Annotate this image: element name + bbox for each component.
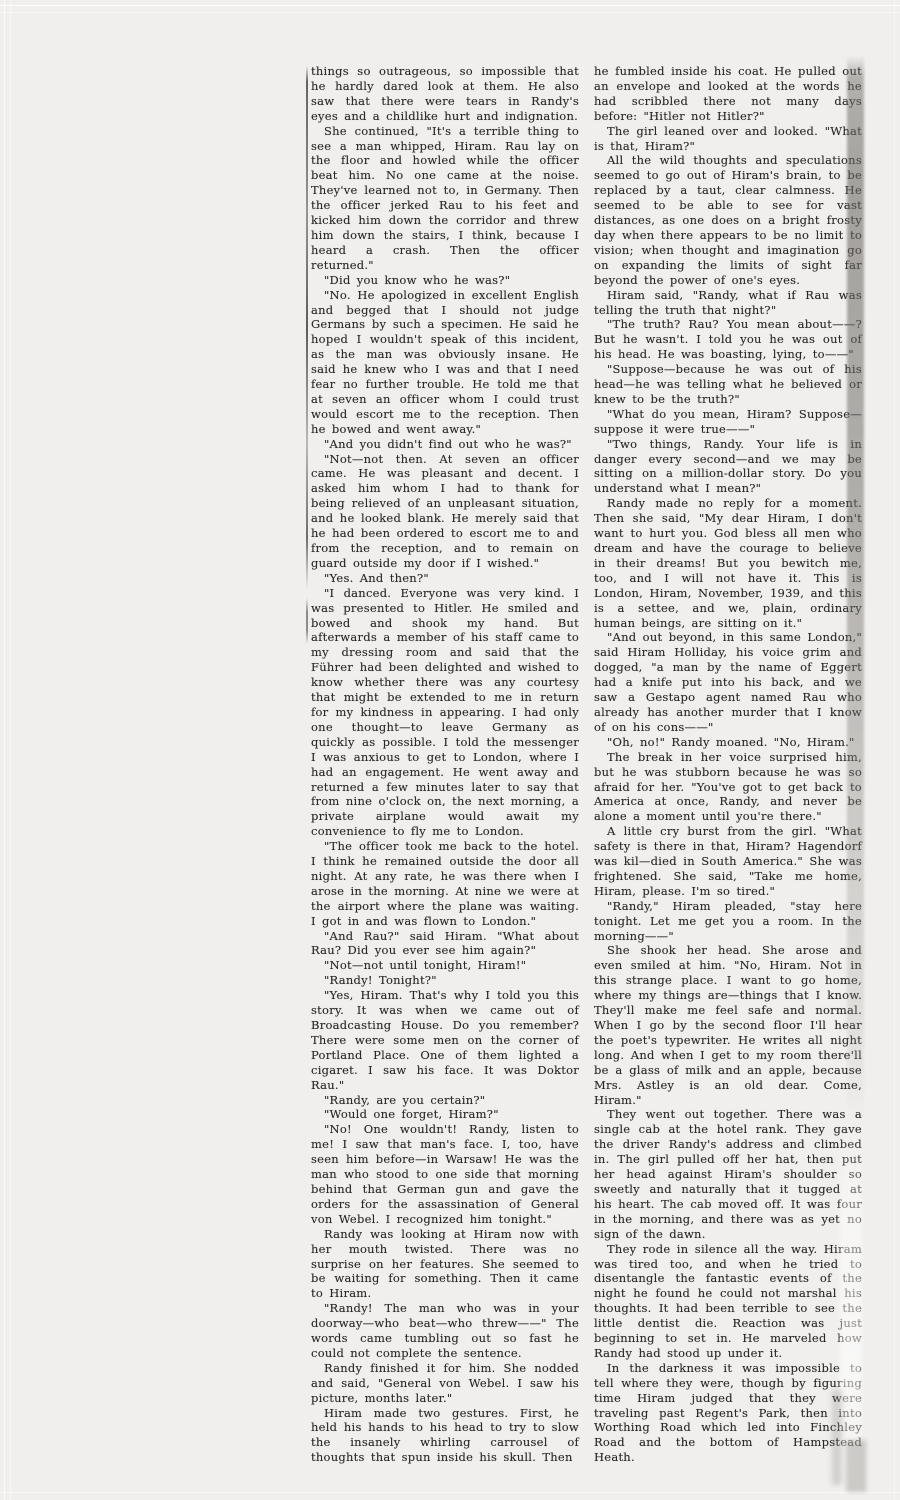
paragraph: She continued, "It's a terrible thing to… (311, 124, 579, 273)
scan-seam-left-2 (10, 0, 11, 1500)
paragraph: "Yes. And then?" (311, 571, 579, 586)
paragraph: he fumbled inside his coat. He pulled ou… (594, 64, 862, 124)
paragraph: The girl leaned over and looked. "What i… (594, 124, 862, 154)
paragraph: "No! One wouldn't! Randy, listen to me! … (311, 1122, 579, 1226)
paragraph: "What do you mean, Hiram? Suppose—suppos… (594, 407, 862, 437)
text-column-right: he fumbled inside his coat. He pulled ou… (594, 64, 862, 1465)
paragraph: things so outrageous, so impossible that… (311, 64, 579, 124)
paragraph: "I danced. Everyone was very kind. I was… (311, 586, 579, 839)
paragraph: Randy made no reply for a moment. Then s… (594, 496, 862, 630)
paragraph: "No. He apologized in excellent English … (311, 288, 579, 437)
paragraph: The break in her voice surprised him, bu… (594, 750, 862, 825)
paragraph: They rode in silence all the way. Hiram … (594, 1242, 862, 1361)
paragraph: "Randy," Hiram pleaded, "stay here tonig… (594, 899, 862, 944)
paragraph: "Randy, are you certain?" (311, 1093, 579, 1108)
scan-fold-shade (832, 1390, 842, 1485)
paragraph: "Not—not until tonight, Hiram!" (311, 958, 579, 973)
scan-crease-line (306, 66, 308, 590)
paragraph: "Would one forget, Hiram?" (311, 1107, 579, 1122)
scan-seam-left (4, 0, 5, 1500)
paragraph: "And out beyond, in this same London," s… (594, 630, 862, 734)
paragraph: "Yes, Hiram. That's why I told you this … (311, 988, 579, 1092)
scan-seam-right (894, 0, 895, 1500)
paragraph: "Did you know who he was?" (311, 273, 579, 288)
paragraph: Randy finished it for him. She nodded an… (311, 1361, 579, 1406)
paragraph: All the wild thoughts and speculations s… (594, 153, 862, 287)
paragraph: "Randy! The man who was in your doorway—… (311, 1301, 579, 1361)
paragraph: "The officer took me back to the hotel. … (311, 839, 579, 928)
scan-shadow-band (847, 56, 864, 1116)
scan-corner-smudge (846, 1440, 866, 1492)
paragraph: A little cry burst from the girl. "What … (594, 824, 862, 899)
paragraph: "The truth? Rau? You mean about——? But h… (594, 317, 862, 362)
scan-crease-dash (306, 598, 308, 644)
paragraph: "Suppose—because he was out of his head—… (594, 362, 862, 407)
paragraph: In the darkness it was impossible to tel… (594, 1361, 862, 1465)
paragraph: "And Rau?" said Hiram. "What about Rau? … (311, 929, 579, 959)
paragraph: "Two things, Randy. Your life is in dang… (594, 437, 862, 497)
paragraph: They went out together. There was a sing… (594, 1107, 862, 1241)
paragraph: "Oh, no!" Randy moaned. "No, Hiram." (594, 735, 862, 750)
paragraph: "And you didn't find out who he was?" (311, 437, 579, 452)
paragraph: "Not—not then. At seven an officer came.… (311, 452, 579, 571)
paragraph: Randy was looking at Hiram now with her … (311, 1227, 579, 1302)
scan-seam-bottom (0, 1492, 900, 1493)
paragraph: She shook her head. She arose and even s… (594, 943, 862, 1107)
paragraph: Hiram said, "Randy, what if Rau was tell… (594, 288, 862, 318)
scan-seam-top (0, 5, 900, 6)
scan-fold-highlight (840, 1120, 862, 1495)
text-column-left: things so outrageous, so impossible that… (311, 64, 579, 1465)
paragraph: Hiram made two gestures. First, he held … (311, 1406, 579, 1466)
paragraph: "Randy! Tonight?" (311, 973, 579, 988)
scanned-page: things so outrageous, so impossible that… (0, 0, 900, 1500)
scan-seam-top-2 (0, 12, 900, 13)
